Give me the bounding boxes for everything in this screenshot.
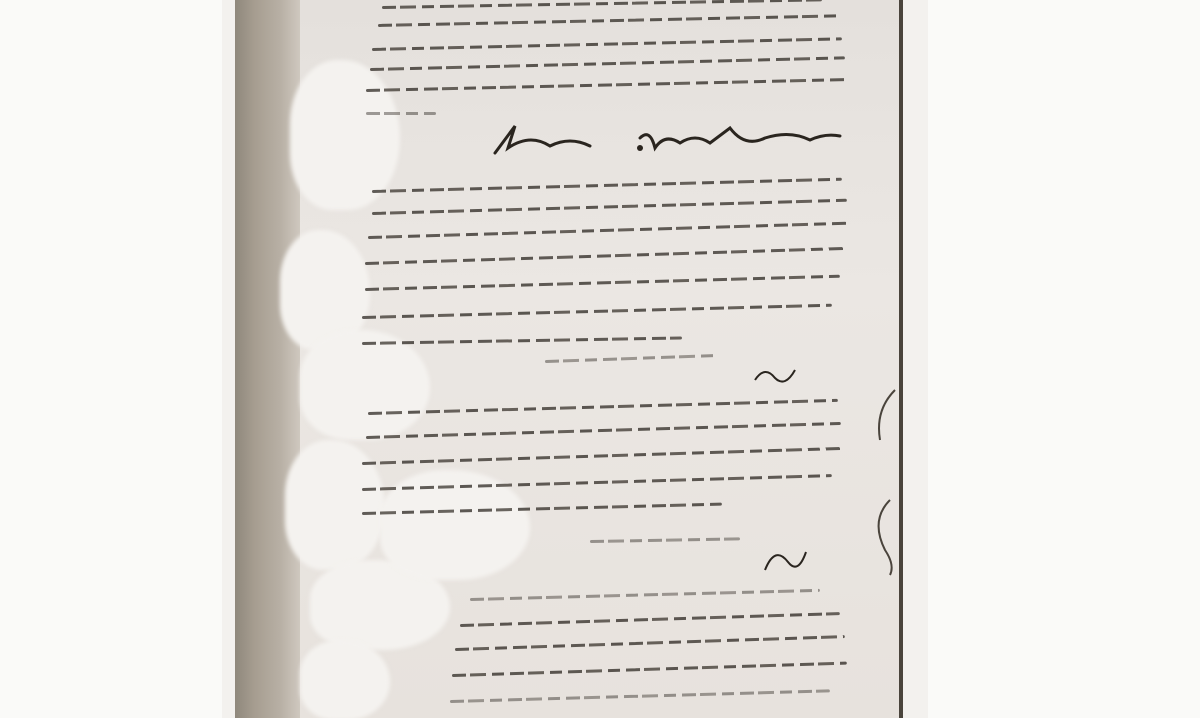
signature-flourish bbox=[490, 118, 850, 158]
page-right-edge bbox=[899, 0, 903, 718]
flourish-mark bbox=[750, 360, 800, 390]
margin-mark bbox=[860, 380, 900, 580]
page-left-shadow bbox=[235, 0, 300, 718]
flourish-mark bbox=[760, 540, 810, 580]
